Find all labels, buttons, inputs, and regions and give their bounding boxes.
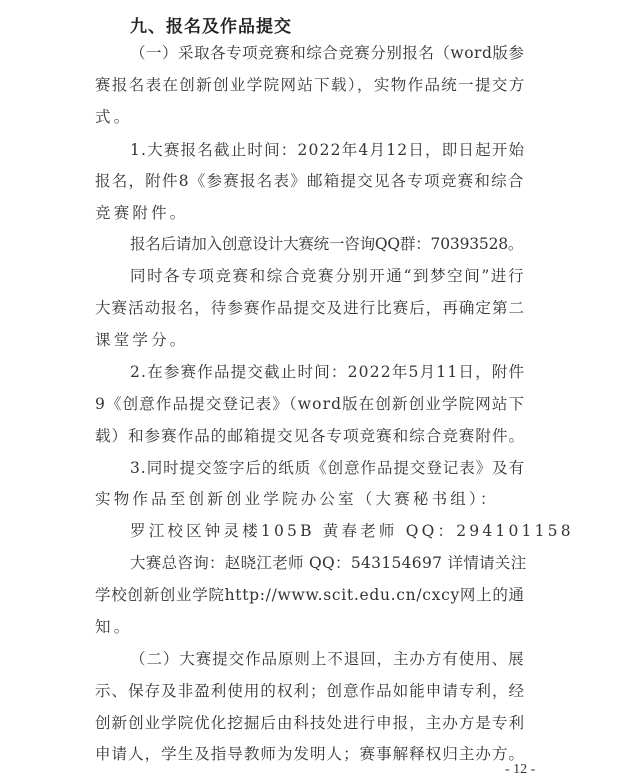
text-line: 实物作品至创新创业学院办公室（大赛秘书组）：: [95, 489, 499, 509]
text-line: 赛报名表在创新创业学院网站下载），实物作品统一提交方: [95, 75, 526, 95]
text-line: 知。: [95, 617, 132, 637]
text-line: 2.在参赛作品提交截止时间：2022年5月11日，附件: [130, 362, 525, 382]
text-line: 9《创意作品提交登记表》（word版在创新创业学院网站下: [95, 394, 525, 414]
text-line: 大赛总咨询：赵晓江老师 QQ：543154697 详情请关注: [130, 553, 527, 573]
text-line: 载）和参赛作品的邮箱提交见各专项竞赛和综合竞赛附件。: [95, 426, 525, 446]
section-title: 九、报名及作品提交: [130, 12, 292, 37]
document-page: 九、报名及作品提交 （一）采取各专项竞赛和综合竞赛分别报名（word版参赛报名表…: [0, 0, 632, 780]
page-number: - 12 -: [505, 762, 535, 778]
text-line: 1.大赛报名截止时间：2022年4月12日，即日起开始: [130, 140, 525, 160]
text-line: 大赛活动报名，待参赛作品提交及进行比赛后，再确定第二: [95, 298, 525, 318]
text-line: 竞赛附件。: [95, 203, 189, 223]
text-line: 同时各专项竞赛和综合竞赛分别开通“到梦空间”进行: [130, 266, 525, 286]
text-line: （一）采取各专项竞赛和综合竞赛分别报名（word版参: [130, 43, 524, 63]
text-line: 报名，附件8《参赛报名表》邮箱提交见各专项竞赛和综合: [95, 171, 525, 191]
text-line: 课堂学分。: [95, 330, 189, 350]
text-line: 报名后请加入创意设计大赛统一咨询QQ群：70393528。: [130, 234, 523, 254]
text-line: 创新创业学院优化挖掘后由科技处进行申报，主办方是专利: [95, 713, 525, 733]
text-line: （二）大赛提交作品原则上不退回，主办方有使用、展: [130, 649, 525, 669]
text-line: 学校创新创业学院http://www.scit.edu.cn/cxcy网上的通: [95, 585, 525, 605]
text-line: 示、保存及非盈利使用的权利；创意作品如能申请专利，经: [95, 681, 525, 701]
text-line: 申请人，学生及指导教师为发明人；赛事解释权归主办方。: [95, 744, 525, 764]
text-line: 式。: [95, 107, 132, 127]
text-line: 罗江校区钟灵楼105B 黄春老师 QQ：294101158: [130, 521, 574, 541]
text-line: 3.同时提交签字后的纸质《创意作品提交登记表》及有: [130, 458, 525, 478]
